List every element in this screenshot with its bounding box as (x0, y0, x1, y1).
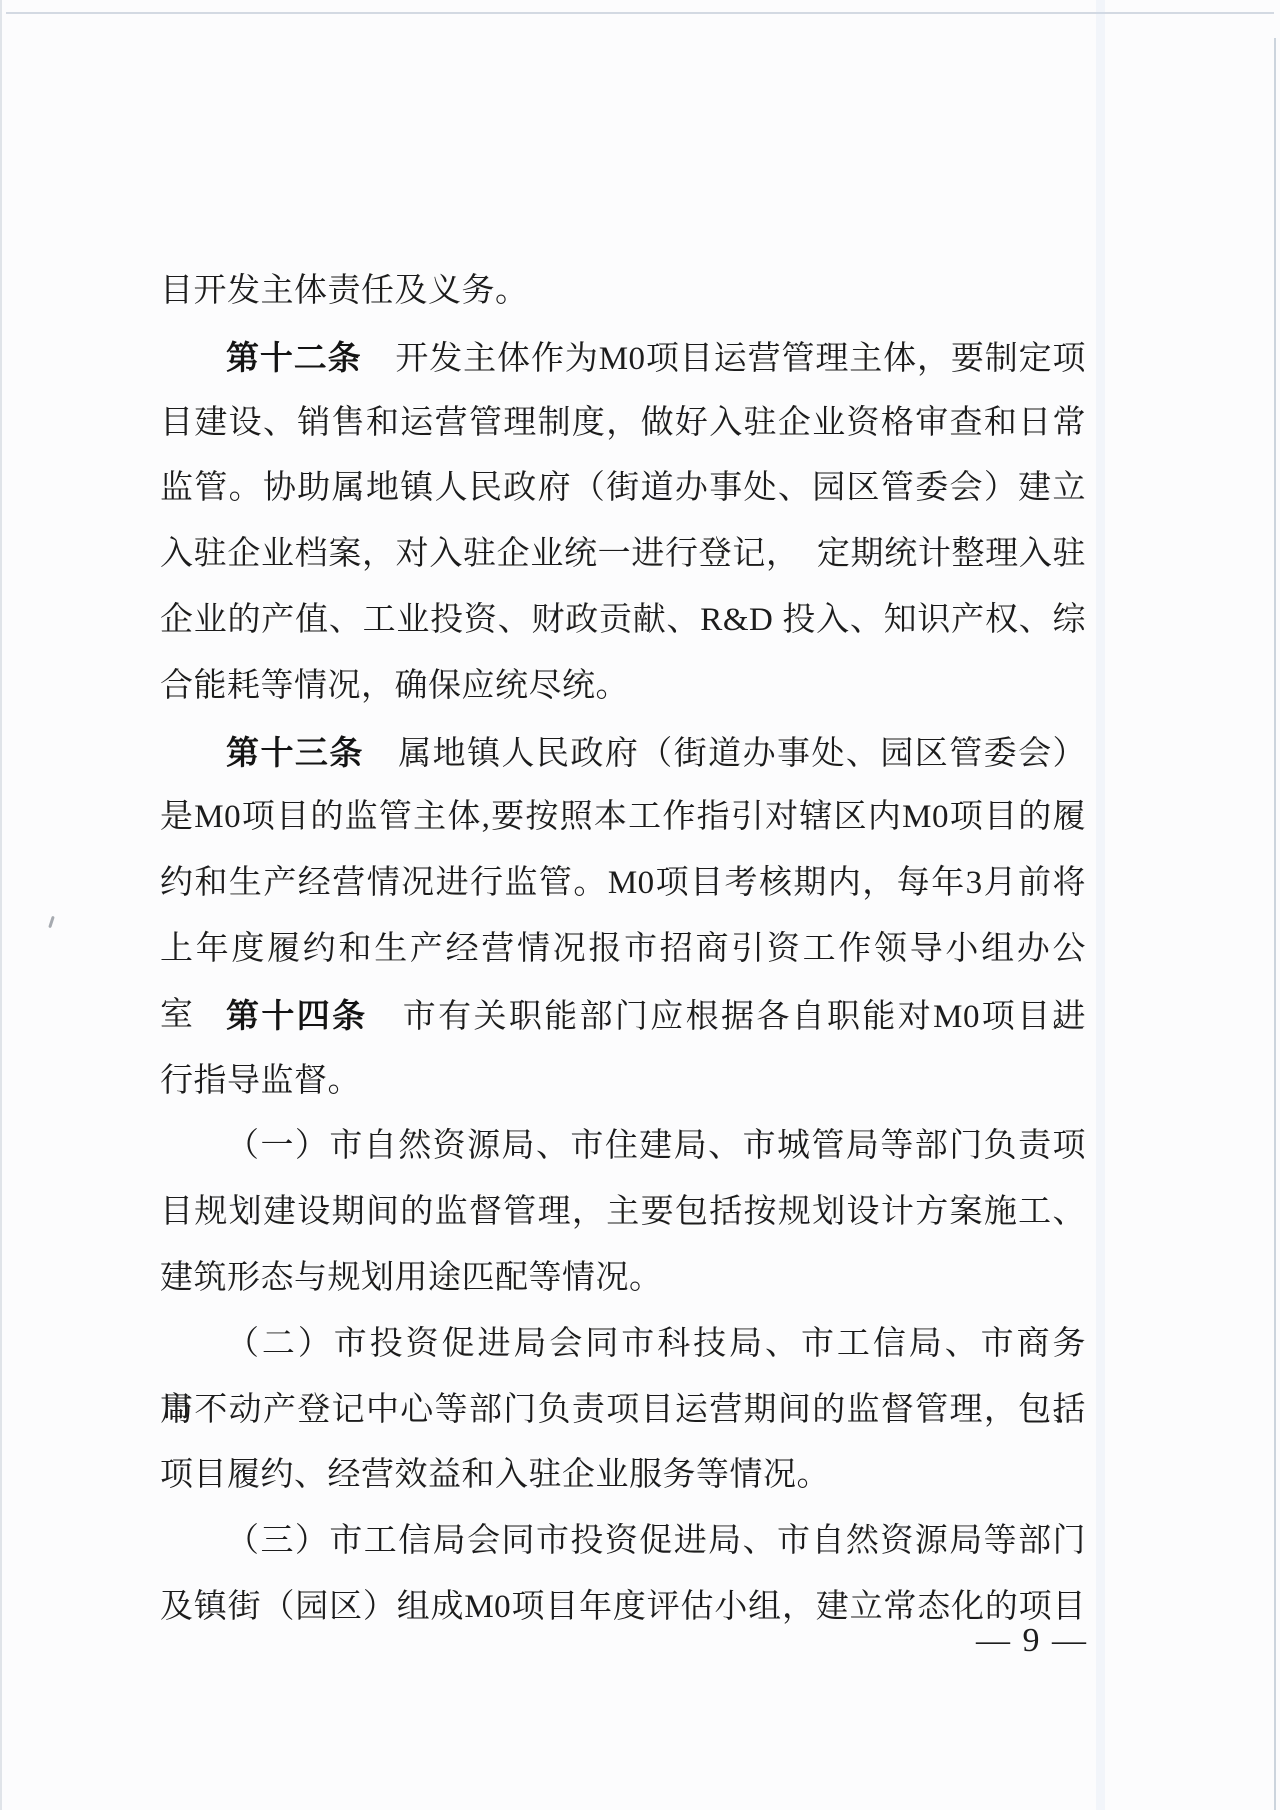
scan-edge-right (1274, 38, 1276, 1810)
stray-ink-mark (48, 916, 55, 928)
text-line: 是M0项目的监管主体,要按照本工作指引对辖区内M0项目的履 (160, 785, 1086, 851)
text-line: （二）市投资促进局会同市科技局、市工信局、市商务局、 (160, 1312, 1086, 1378)
text-line: 市不动产登记中心等部门负责项目运营期间的监督管理，包括 (160, 1378, 1086, 1444)
text-line: 上年度履约和生产经营情况报市招商引资工作领导小组办公室。 (160, 917, 1086, 983)
text-line: 约和生产经营情况进行监管。M0项目考核期内，每年3月前将 (160, 851, 1086, 917)
text-line: （一）市自然资源局、市住建局、市城管局等部门负责项 (160, 1114, 1086, 1180)
page-number: — 9 — (976, 1622, 1088, 1660)
text-line: 建筑形态与规划用途匹配等情况。 (160, 1246, 1086, 1312)
text-line: 第十二条 开发主体作为M0项目运营管理主体，要制定项 (160, 325, 1086, 391)
text-line: 及镇街（园区）组成M0项目年度评估小组，建立常态化的项目 (160, 1575, 1086, 1641)
text-block: 目开发主体责任及义务。第十二条 开发主体作为M0项目运营管理主体，要制定项目建设… (160, 259, 1086, 1641)
article-number: 第十二条 (226, 339, 362, 376)
scan-color-band (1096, 0, 1105, 1810)
text-line: （三）市工信局会同市投资促进局、市自然资源局等部门 (160, 1509, 1086, 1575)
article-number: 第十三条 (226, 734, 364, 771)
scan-edge-top (6, 12, 1274, 14)
text-line: 目规划建设期间的监督管理，主要包括按规划设计方案施工、 (160, 1180, 1086, 1246)
text-line: 合能耗等情况，确保应统尽统。 (160, 654, 1086, 720)
text-line: 第十三条 属地镇人民政府（街道办事处、园区管委会） (160, 720, 1086, 786)
document-page: 目开发主体责任及义务。第十二条 开发主体作为M0项目运营管理主体，要制定项目建设… (0, 0, 1280, 1810)
text-line: 项目履约、经营效益和入驻企业服务等情况。 (160, 1443, 1086, 1509)
text-line: 第十四条 市有关职能部门应根据各自职能对M0项目进 (160, 983, 1086, 1049)
text-line: 行指导监督。 (160, 1049, 1086, 1115)
text-line: 目开发主体责任及义务。 (160, 259, 1086, 325)
article-number: 第十四条 (226, 997, 367, 1034)
scan-edge-left (0, 0, 2, 1810)
text-line: 目建设、销售和运营管理制度，做好入驻企业资格审查和日常 (160, 391, 1086, 457)
text-line: 监管。协助属地镇人民政府（街道办事处、园区管委会）建立 (160, 456, 1086, 522)
text-line: 企业的产值、工业投资、财政贡献、R&D 投入、知识产权、综 (160, 588, 1086, 654)
text-line: 入驻企业档案，对入驻企业统一进行登记， 定期统计整理入驻 (160, 522, 1086, 588)
